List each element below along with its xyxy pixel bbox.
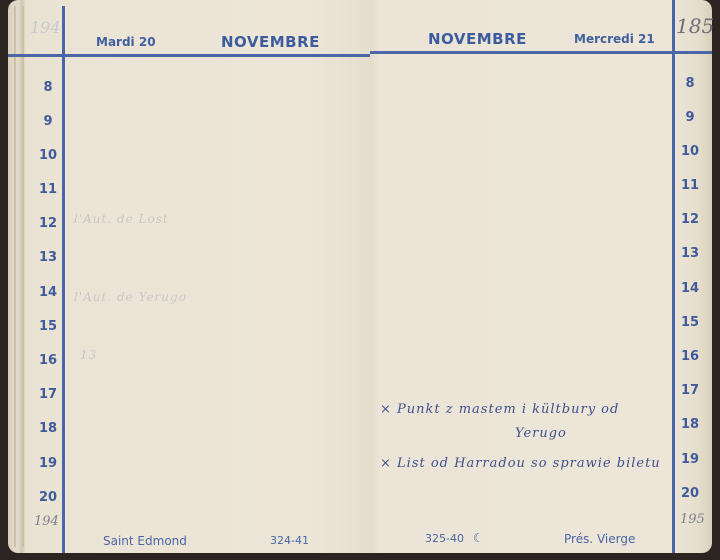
feast-name: Prés. Vierge (564, 532, 635, 546)
header-rule (8, 54, 370, 57)
page-edge (14, 6, 16, 547)
hour-label: 10 (675, 144, 705, 159)
day-label: Mardi 20 (96, 35, 156, 49)
day-count: 324-41 (270, 534, 309, 547)
hour-label: 17 (675, 383, 705, 398)
month-title: NOVEMBRE (221, 33, 320, 51)
hour-label: 8 (675, 76, 705, 91)
hour-label: 14 (33, 285, 63, 300)
hour-label: 14 (675, 281, 705, 296)
hour-label: 11 (33, 182, 63, 197)
hour-label: 16 (675, 349, 705, 364)
handwritten-note: × List od Harradou so sprawie biletu (380, 456, 661, 471)
header-rule (370, 51, 712, 54)
right-page: NOVEMBRE Mercredi 21 185 8 9 10 11 12 13… (370, 0, 712, 553)
page-number: 185 (676, 14, 714, 38)
day-label: Mercredi 21 (574, 32, 655, 46)
hour-label: 20 (33, 490, 63, 505)
page-number-faded: 194 (30, 18, 61, 37)
hour-label: 9 (33, 114, 63, 129)
hour-label: 12 (33, 216, 63, 231)
hour-label: 8 (33, 80, 63, 95)
faded-note: 13 (80, 348, 97, 362)
left-page: 194 Mardi 20 NOVEMBRE 8 9 10 11 12 13 14… (8, 0, 370, 553)
saint-name: Saint Edmond (103, 534, 187, 548)
hour-label: 12 (675, 212, 705, 227)
hour-label: 13 (33, 250, 63, 265)
hour-label: 18 (675, 417, 705, 432)
moon-phase-icon: ☾ (473, 531, 484, 545)
faded-note: l'Aut. de Yerugo (74, 290, 187, 304)
hour-label: 18 (33, 421, 63, 436)
hour-label: 10 (33, 148, 63, 163)
page-number: 194 (34, 514, 59, 529)
hour-label: 17 (33, 387, 63, 402)
handwritten-note: × Punkt z mastem i kültbury od (380, 402, 619, 417)
faded-note: l'Aut. de Lost (74, 212, 169, 226)
hour-label: 16 (33, 353, 63, 368)
page-number: 195 (680, 512, 705, 527)
day-count: 325-40 (425, 532, 464, 545)
hour-label: 19 (33, 456, 63, 471)
page-edge (22, 6, 24, 547)
hour-label: 20 (675, 486, 705, 501)
hour-label: 19 (675, 452, 705, 467)
handwritten-note: Yerugo (515, 426, 567, 441)
hour-label: 15 (33, 319, 63, 334)
month-title: NOVEMBRE (428, 30, 527, 48)
hour-label: 13 (675, 246, 705, 261)
hour-label: 15 (675, 315, 705, 330)
hour-label: 9 (675, 110, 705, 125)
hour-label: 11 (675, 178, 705, 193)
